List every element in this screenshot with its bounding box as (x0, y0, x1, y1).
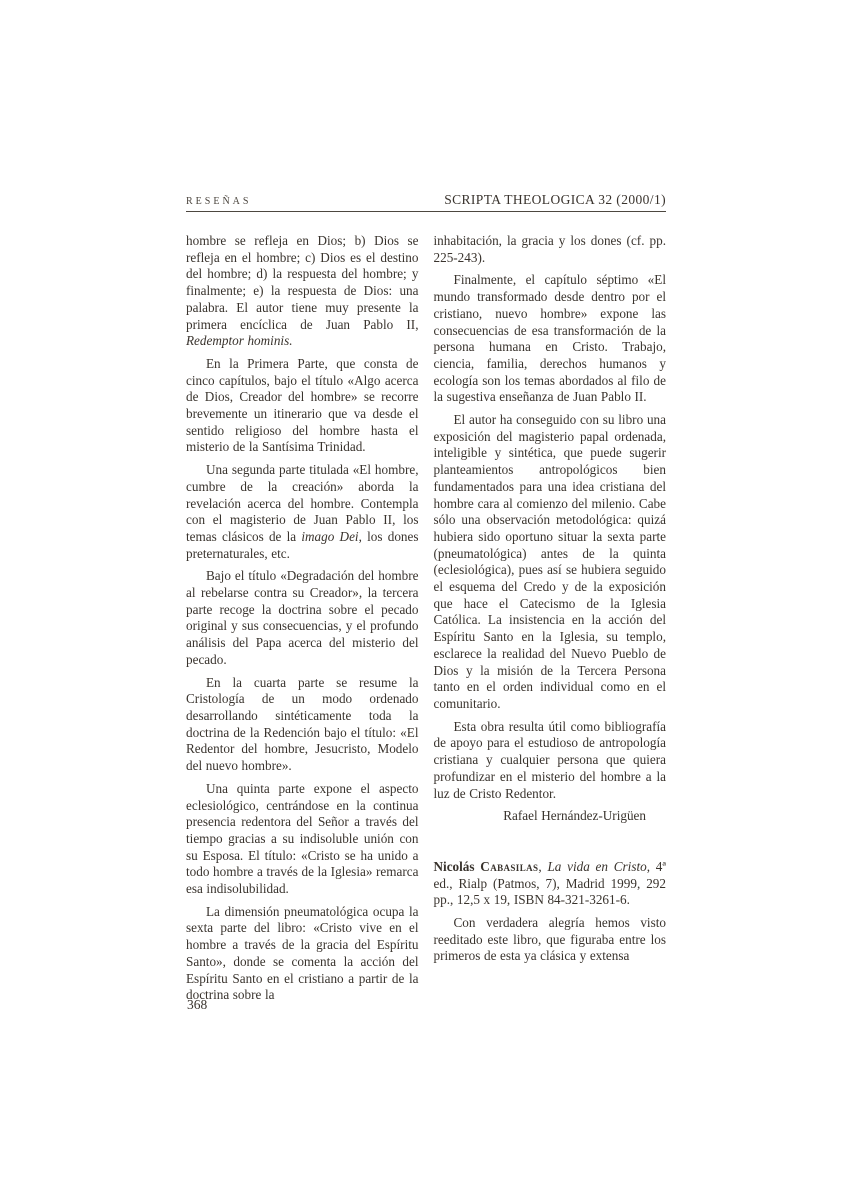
right-column: inhabitación, la gracia y los dones (cf.… (434, 233, 667, 1010)
paragraph: Una quinta parte expone el aspecto ecles… (186, 781, 419, 898)
paragraph: El autor ha conseguido con su libro una … (434, 412, 667, 713)
reviewer-signature: Rafael Hernández-Urigüen (434, 808, 667, 825)
paragraph: hombre se refleja en Dios; b) Dios se re… (186, 233, 419, 350)
page-number: 368 (187, 997, 207, 1013)
paragraph: La dimensión pneumatológica ocupa la sex… (186, 904, 419, 1004)
paragraph: Esta obra resulta útil como bibliografía… (434, 719, 667, 803)
book-citation: Nicolás Cabasilas, La vida en Cristo, 4ª… (434, 859, 667, 909)
paragraph: Finalmente, el capítulo séptimo «El mund… (434, 272, 667, 406)
paragraph: Bajo el título «Degradación del hombre a… (186, 568, 419, 668)
left-column: hombre se refleja en Dios; b) Dios se re… (186, 233, 419, 1010)
paragraph: inhabitación, la gracia y los dones (cf.… (434, 233, 667, 266)
running-head-journal-title: SCRIPTA THEOLOGICA 32 (2000/1) (444, 192, 666, 208)
page: RESEÑAS SCRIPTA THEOLOGICA 32 (2000/1) h… (0, 0, 848, 1200)
paragraph: En la cuarta parte se resume la Cristolo… (186, 675, 419, 775)
running-head: RESEÑAS SCRIPTA THEOLOGICA 32 (2000/1) (186, 192, 666, 212)
paragraph: Una segunda parte titulada «El hombre, c… (186, 462, 419, 562)
two-column-text: hombre se refleja en Dios; b) Dios se re… (186, 233, 666, 1010)
page-content: RESEÑAS SCRIPTA THEOLOGICA 32 (2000/1) h… (186, 192, 666, 1010)
scanned-journal-page: { "header": { "left": "RESEÑAS", "right"… (0, 0, 848, 1200)
paragraph: En la Primera Parte, que consta de cinco… (186, 356, 419, 456)
running-head-section-title: RESEÑAS (186, 196, 251, 207)
paragraph: Con verdadera alegría hemos visto reedit… (434, 915, 667, 965)
